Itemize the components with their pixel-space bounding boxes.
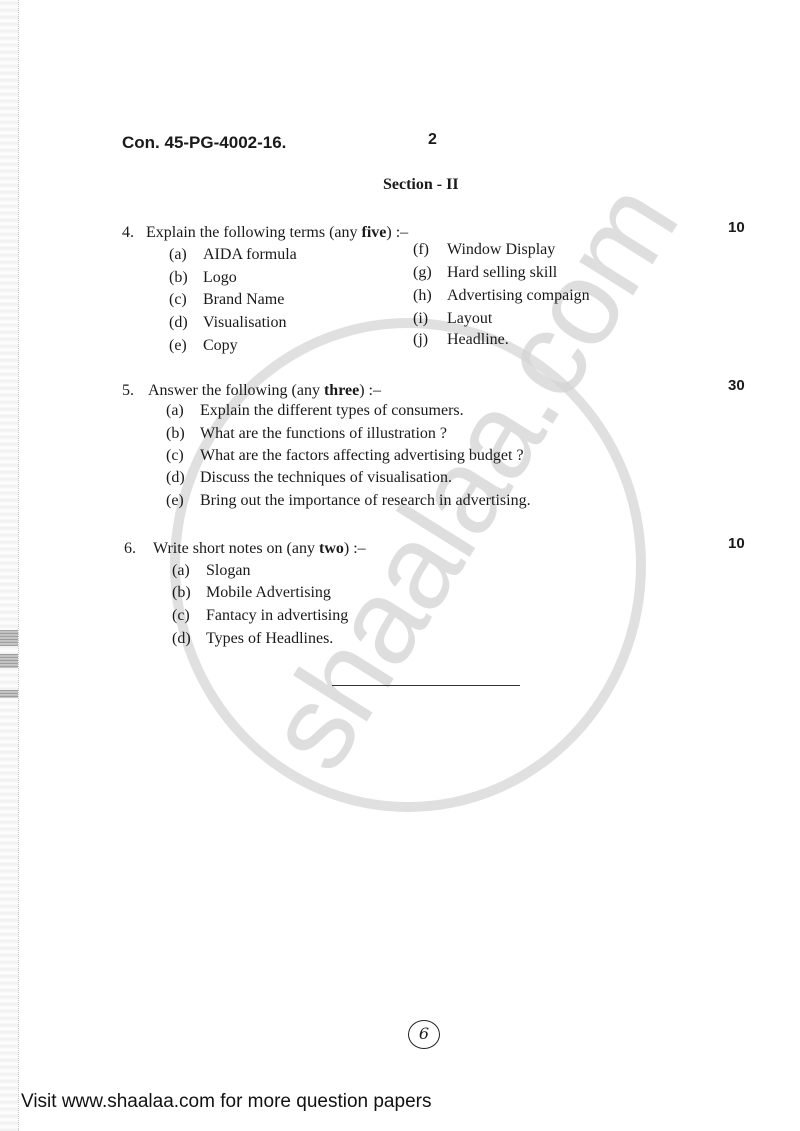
stem-suffix: ) :– (344, 540, 366, 557)
option-text: Window Display (447, 241, 555, 258)
option: (e)Copy (169, 337, 238, 355)
option-label: (h) (413, 287, 447, 305)
option: (a)AIDA formula (169, 246, 297, 264)
option-label: (g) (413, 264, 447, 282)
option-text: Layout (447, 310, 492, 327)
option: (g)Hard selling skill (413, 264, 557, 282)
option-label: (d) (169, 314, 203, 332)
option: (h)Advertising compaign (413, 287, 590, 305)
option-label: (b) (172, 584, 206, 602)
question-number: 4. (122, 224, 134, 242)
option-text: Types of Headlines. (206, 630, 333, 647)
question-stem: Write short notes on (any two) :– (153, 540, 366, 558)
stem-prefix: Answer the following (any (148, 382, 324, 399)
option-label: (e) (166, 492, 200, 510)
option-label: (c) (172, 607, 206, 625)
page-number: 2 (428, 131, 437, 149)
option-text: Copy (203, 337, 238, 354)
option-label: (j) (413, 331, 447, 349)
option: (b)Mobile Advertising (172, 584, 331, 602)
marks-q4: 10 (728, 219, 745, 236)
option: (e)Bring out the importance of research … (166, 492, 531, 510)
question-stem: Answer the following (any three) :– (148, 382, 381, 400)
option-text: Logo (203, 269, 237, 286)
footer-note: Visit www.shaalaa.com for more question … (21, 1091, 431, 1113)
option-text: Bring out the importance of research in … (200, 492, 531, 509)
stem-bold: five (362, 224, 387, 241)
stem-prefix: Write short notes on (any (153, 540, 319, 557)
option-text: Brand Name (203, 291, 284, 308)
option-text: Hard selling skill (447, 264, 557, 281)
option: (f)Window Display (413, 241, 555, 259)
paper-code: Con. 45-PG-4002-16. (122, 133, 286, 153)
option-label: (d) (166, 469, 200, 487)
option-text: AIDA formula (203, 246, 297, 263)
marks-q6: 10 (728, 535, 745, 552)
question-number: 6. (124, 540, 136, 558)
option-label: (e) (169, 337, 203, 355)
option: (b)Logo (169, 269, 237, 287)
option: (d)Visualisation (169, 314, 286, 332)
scan-edge-artifact (0, 0, 19, 1131)
option-text: Advertising compaign (447, 287, 590, 304)
stem-suffix: ) :– (386, 224, 408, 241)
stem-bold: three (324, 382, 359, 399)
option-label: (c) (169, 291, 203, 309)
option-text: Visualisation (203, 314, 286, 331)
option: (d)Types of Headlines. (172, 630, 333, 648)
end-rule (332, 685, 520, 686)
option-text: Fantacy in advertising (206, 607, 348, 624)
option-label: (a) (169, 246, 203, 264)
option: (i)Layout (413, 310, 492, 328)
option-text: Slogan (206, 562, 250, 579)
option: (c)Fantacy in advertising (172, 607, 348, 625)
option-label: (a) (166, 402, 200, 420)
stem-suffix: ) :– (359, 382, 381, 399)
option-label: (f) (413, 241, 447, 259)
option-label: (i) (413, 310, 447, 328)
option: (c)Brand Name (169, 291, 284, 309)
option-text: Explain the different types of consumers… (200, 402, 464, 419)
question-number: 5. (122, 382, 134, 400)
option: (c)What are the factors affecting advert… (166, 447, 524, 465)
option-text: What are the factors affecting advertisi… (200, 447, 524, 464)
option-label: (b) (166, 425, 200, 443)
option: (a)Explain the different types of consum… (166, 402, 464, 420)
option: (b)What are the functions of illustratio… (166, 425, 447, 443)
option: (a)Slogan (172, 562, 250, 580)
option-text: Discuss the techniques of visualisation. (200, 469, 452, 486)
question-stem: Explain the following terms (any five) :… (146, 224, 408, 242)
option-label: (d) (172, 630, 206, 648)
option-label: (b) (169, 269, 203, 287)
option-text: Mobile Advertising (206, 584, 331, 601)
stem-bold: two (319, 540, 344, 557)
option: (j)Headline. (413, 331, 509, 349)
marks-q5: 30 (728, 377, 745, 394)
option: (d)Discuss the techniques of visualisati… (166, 469, 452, 487)
stem-prefix: Explain the following terms (any (146, 224, 362, 241)
section-title: Section - II (383, 176, 459, 194)
option-label: (c) (166, 447, 200, 465)
option-label: (a) (172, 562, 206, 580)
option-text: What are the functions of illustration ? (200, 425, 447, 442)
handwritten-page-mark: 6 (408, 1020, 440, 1049)
option-text: Headline. (447, 331, 509, 348)
